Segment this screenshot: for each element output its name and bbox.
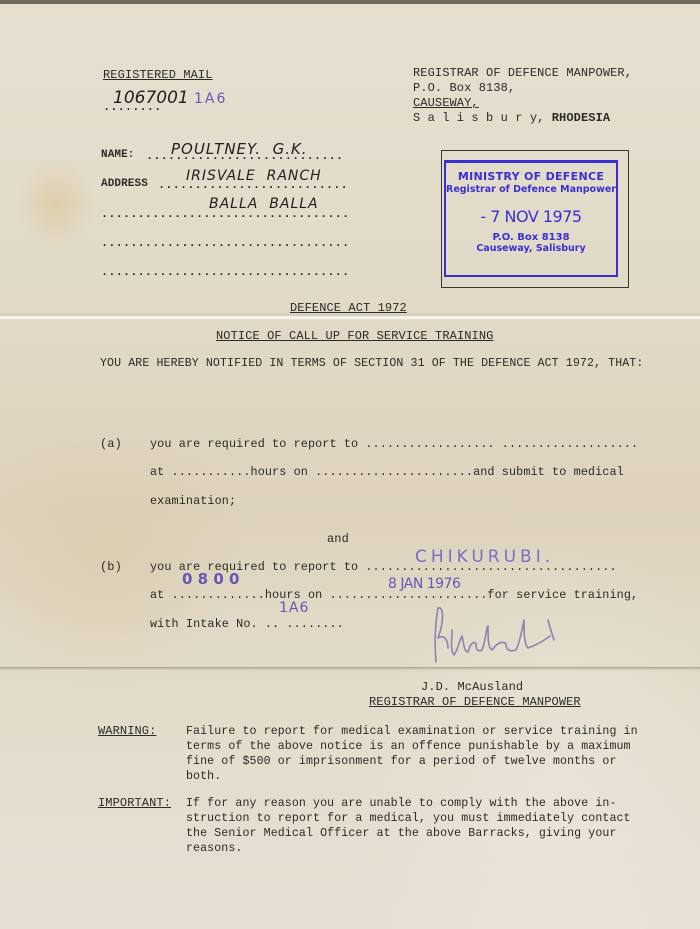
act-title: DEFENCE ACT 1972	[290, 301, 407, 315]
important-label: IMPORTANT:	[98, 796, 171, 810]
address-dots-3: ..................................	[101, 236, 349, 250]
reference-number: 1067001	[113, 88, 189, 108]
warning-line: terms of the above notice is an offence …	[186, 739, 638, 754]
stamp-line-5: Causeway, Salisbury	[446, 243, 616, 254]
signature-mark	[430, 600, 565, 670]
sender-line-2: P.O. Box 8138,	[413, 81, 515, 95]
report-location: CHIKURUBI.	[415, 547, 554, 567]
signatory-title: REGISTRAR OF DEFENCE MANPOWER	[369, 695, 581, 709]
name-label: NAME:	[101, 149, 135, 161]
intro-text: YOU ARE HEREBY NOTIFIED IN TERMS OF SECT…	[100, 357, 643, 370]
important-line: struction to report for a medical, you m…	[186, 811, 631, 826]
important-text: If for any reason you are unable to comp…	[186, 796, 631, 856]
sender-country: RHODESIA	[552, 111, 610, 125]
signatory-name: J.D. McAusland	[421, 680, 523, 694]
paper-top-edge	[0, 0, 700, 4]
important-line: reasons.	[186, 841, 631, 856]
warning-line: fine of $500 or imprisonment for a perio…	[186, 754, 638, 769]
sender-line-3: CAUSEWAY,	[413, 96, 479, 110]
report-date: 8 JAN 1976	[388, 576, 460, 592]
name-value: POULTNEY. G.K.	[171, 140, 308, 158]
section-b-marker: (b)	[100, 560, 122, 574]
sender-line-1: REGISTRAR OF DEFENCE MANPOWER,	[413, 66, 632, 80]
address-line-2: BALLA BALLA	[209, 196, 319, 212]
stamp-line-4: P.O. Box 8138	[446, 232, 616, 243]
warning-text: Failure to report for medical examinatio…	[186, 724, 638, 784]
section-a-marker: (a)	[100, 437, 122, 451]
section-a-line-1: you are required to report to ..........…	[150, 437, 638, 451]
section-b-line-3: with Intake No. .. ........	[150, 617, 344, 631]
sender-city: S a l i s b u r y, RHODESIA	[413, 111, 610, 125]
address-line-1: IRISVALE RANCH	[186, 168, 322, 184]
address-dots-4: ..................................	[101, 265, 349, 279]
ministry-stamp: MINISTRY OF DEFENCE Registrar of Defence…	[444, 160, 618, 277]
reference-stamp: 1A6	[194, 91, 227, 107]
important-line: the Senior Medical Officer at the above …	[186, 826, 631, 841]
warning-line: both.	[186, 769, 638, 784]
section-a-line-2: at ...........hours on .................…	[150, 465, 624, 479]
sender-city-text: S a l i s b u r y,	[413, 111, 544, 125]
paper-fold-lower	[0, 667, 700, 671]
intake-number: 1A6	[279, 600, 309, 616]
conjunction-and: and	[327, 532, 349, 546]
registered-mail-label: REGISTERED MAIL	[103, 68, 213, 82]
warning-label: WARNING:	[98, 724, 156, 738]
section-a-line-3: examination;	[150, 494, 236, 508]
stamp-line-1: MINISTRY OF DEFENCE	[446, 170, 616, 183]
report-time: 0 8 0 0	[182, 570, 239, 588]
important-line: If for any reason you are unable to comp…	[186, 796, 631, 811]
address-label: ADDRESS	[101, 178, 148, 190]
warning-line: Failure to report for medical examinatio…	[186, 724, 638, 739]
stamp-line-2: Registrar of Defence Manpower	[446, 184, 616, 195]
stamp-date: - 7 NOV 1975	[446, 207, 616, 226]
notice-title: NOTICE OF CALL UP FOR SERVICE TRAINING	[216, 329, 493, 343]
